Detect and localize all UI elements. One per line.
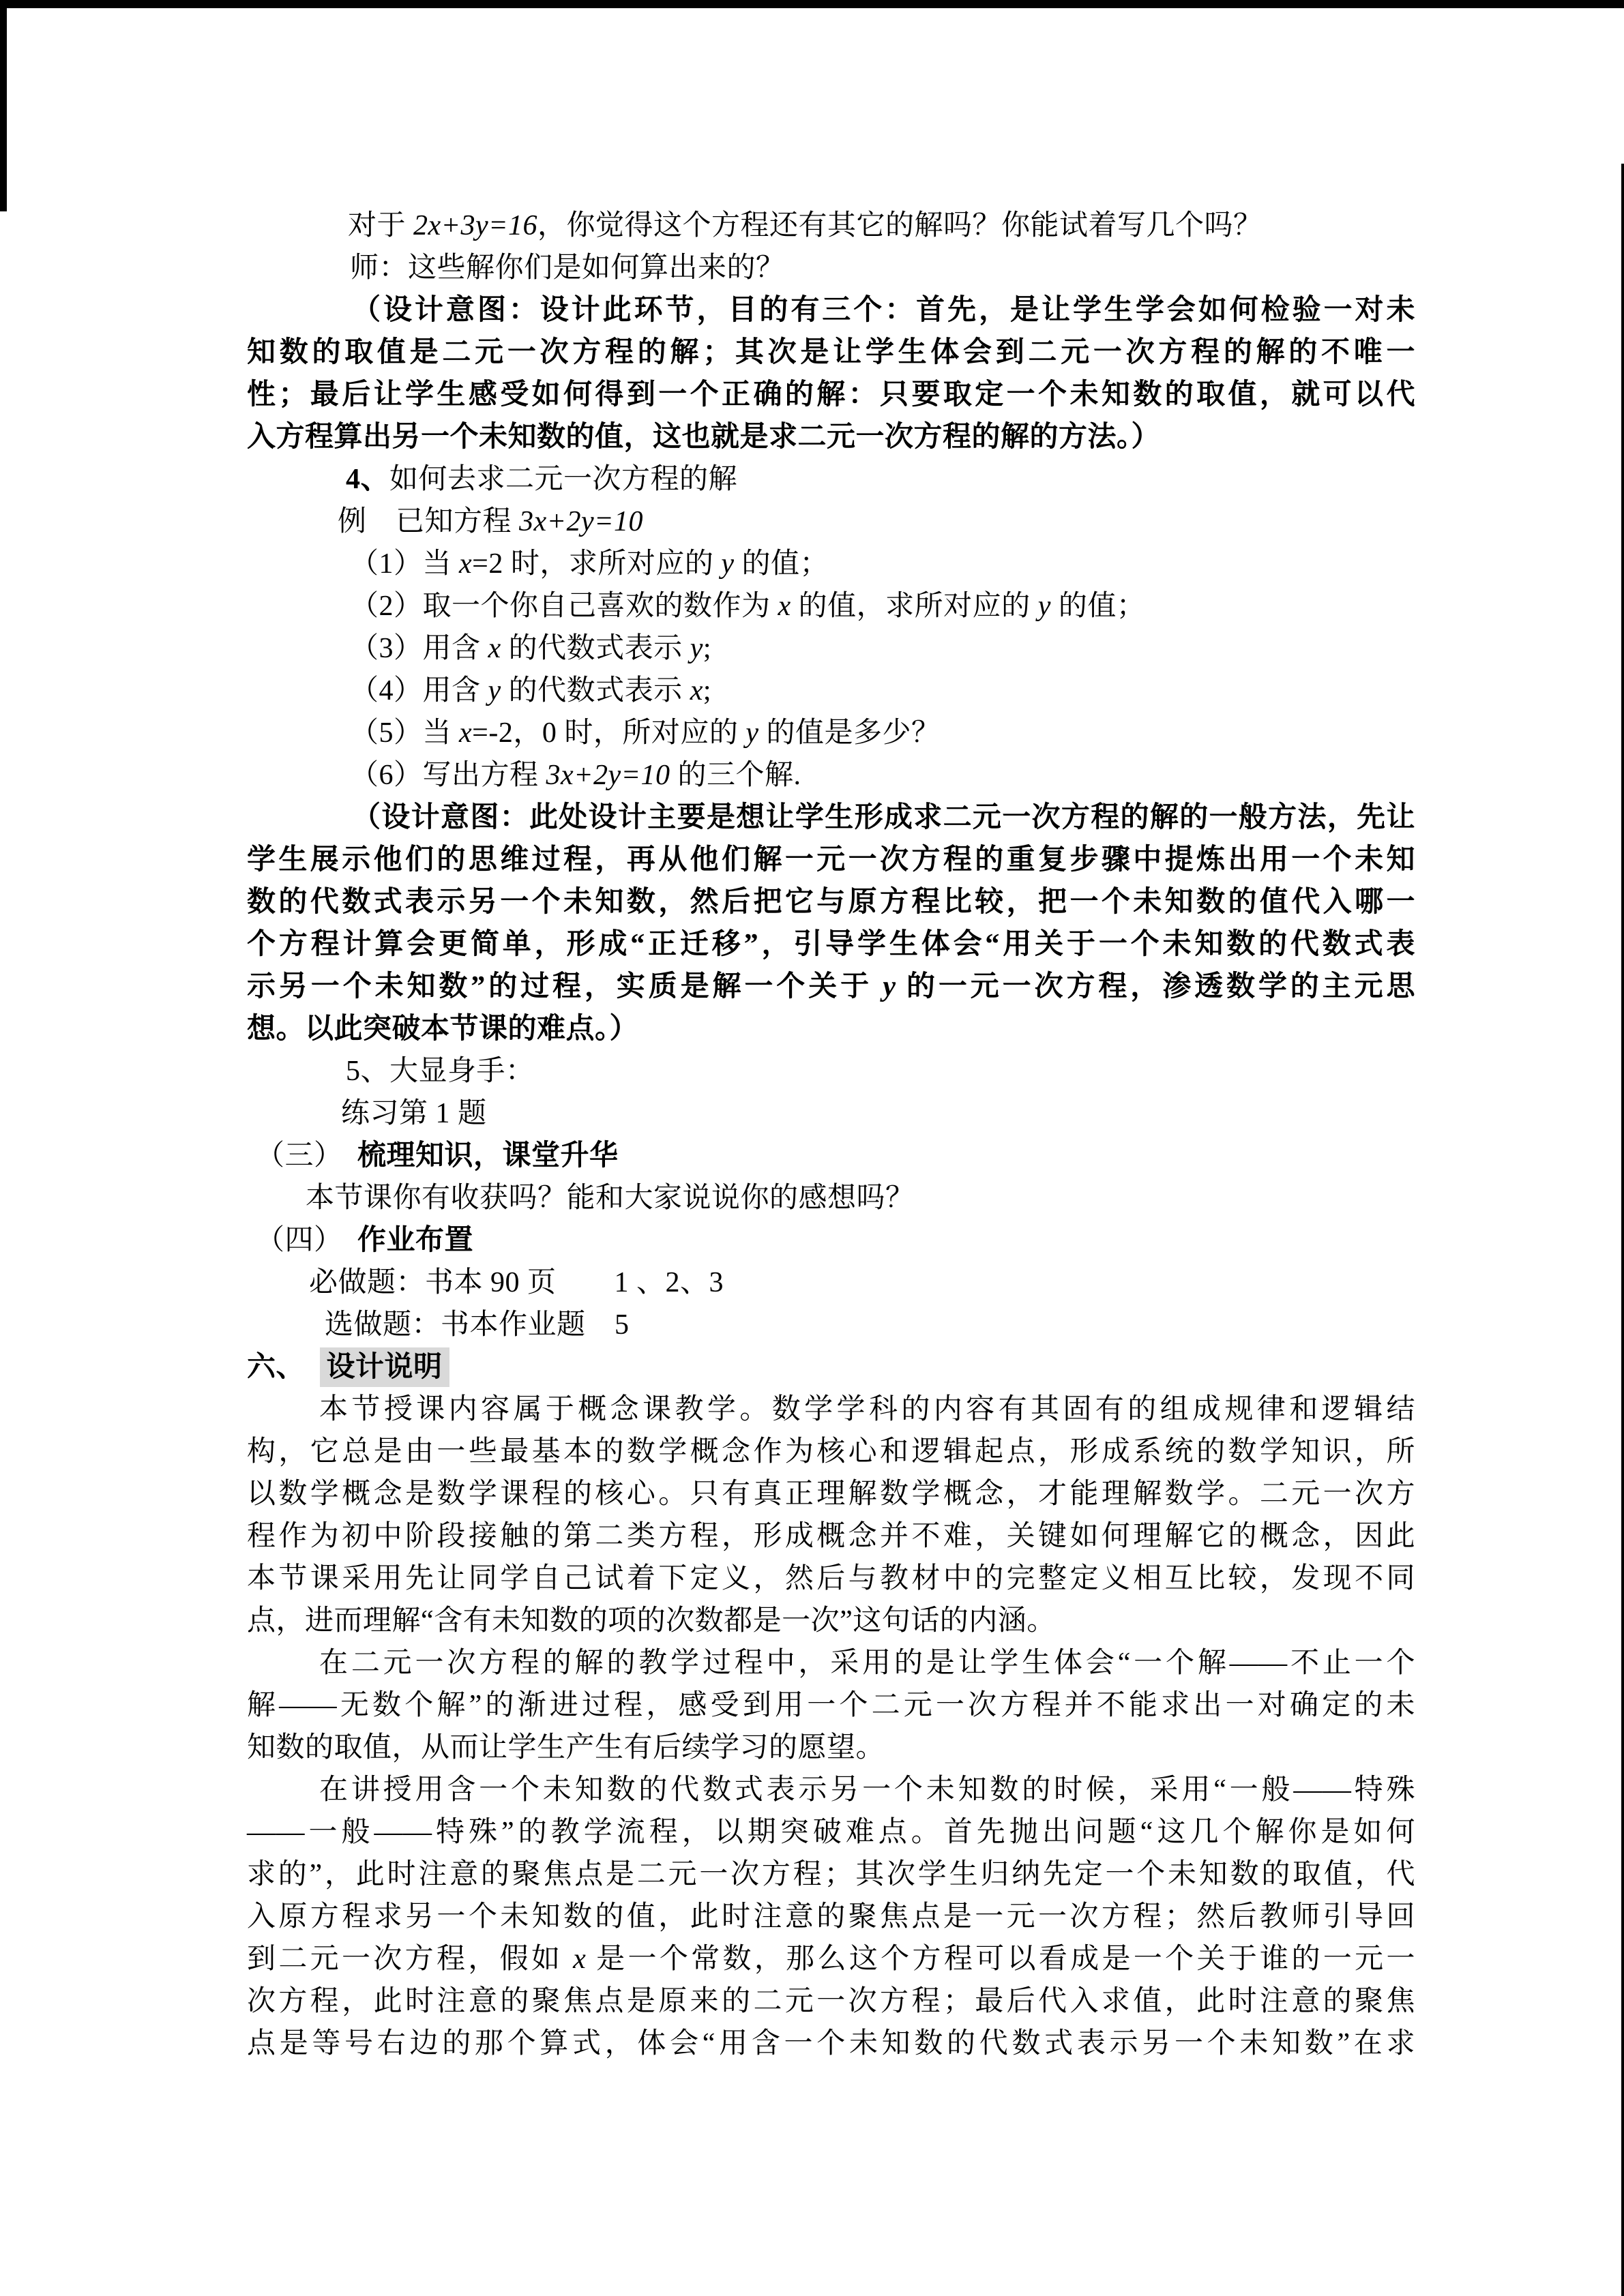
text-line: （设计意图：此处设计主要是想让学生形成求二元一次方程的解的一般方法，先让 (352, 796, 1415, 839)
text-segment: 数的代数式表示另一个未知数，然后把它与原方程比较，把一个未知数的值代入哪一 (247, 886, 1415, 918)
text-line: 必做题：书本 90 页 1 、2、3 (309, 1262, 1415, 1304)
text-segment: 的值； (1051, 591, 1146, 622)
text-line: 本节课你有收获吗？能和大家说说你的感想吗？ (306, 1177, 1415, 1219)
math-text: 3x+2y=10 (546, 760, 670, 791)
text-content: 对于 2x+3y=16，你觉得这个方程还有其它的解吗？你能试着写几个吗？师：这些… (247, 205, 1415, 2065)
text-segment: =-2，0 时，所对应的 (472, 717, 745, 749)
scan-edge-left (0, 0, 7, 211)
math-text: y (1038, 591, 1051, 622)
text-line: 想。以此突破本节课的难点。） (247, 1008, 1415, 1050)
text-segment: 六、 (247, 1352, 291, 1383)
text-line: 学生展示他们的思维过程，再从他们解一元一次方程的重复步骤中提炼出用一个未知 (247, 839, 1415, 881)
text-segment: 本节授课内容属于概念课教学。数学学科的内容有其固有的组成规律和逻辑结 (319, 1394, 1415, 1425)
text-line: 知数的取值是二元一次方程的解；其次是让学生体会到二元一次方程的解的不唯一 (247, 331, 1415, 374)
text-segment: （1）当 (350, 548, 459, 580)
text-line: 对于 2x+3y=16，你觉得这个方程还有其它的解吗？你能试着写几个吗？ (348, 205, 1415, 247)
text-segment: 梳理知识，课堂升华 (357, 1140, 619, 1172)
text-line: （1）当 x=2 时，求所对应的 y 的值； (350, 543, 1415, 585)
text-segment: 的代数式表示 (501, 675, 690, 706)
text-segment: 选做题：书本作业题 5 (325, 1309, 630, 1341)
text-segment: 性；最后让学生感受如何得到一个正确的解：只要取定一个未知数的取值，就可以代 (247, 379, 1415, 411)
text-line: （2）取一个你自己喜欢的数作为 x 的值，求所对应的 y 的值； (350, 585, 1415, 627)
text-segment: 求的”，此时注意的聚焦点是二元一次方程；其次学生归纳先定一个未知数的取值，代 (247, 1859, 1415, 1890)
text-segment: 练习第 1 题 (341, 1098, 487, 1129)
text-segment: 入原方程求另一个未知数的值，此时注意的聚焦点是一元一次方程；然后教师引导回 (247, 1901, 1415, 1933)
math-text: x (690, 675, 703, 706)
text-segment: 个方程计算会更简单，形成“正迁移”，引导学生体会“用关于一个未知数的代数式表 (247, 929, 1415, 960)
text-segment: 解——无数个解”的渐进过程，感受到用一个二元一次方程并不能求出一对确定的未 (247, 1690, 1415, 1721)
text-segment: 的三个解. (670, 760, 801, 791)
text-segment (329, 1225, 358, 1256)
text-line: 性；最后让学生感受如何得到一个正确的解：只要取定一个未知数的取值，就可以代 (247, 374, 1415, 416)
math-text: 3x+2y=10 (519, 506, 643, 537)
text-segment: 师：这些解你们是如何算出来的？ (350, 252, 785, 284)
text-segment: 在讲授用含一个未知数的代数式表示另一个未知数的时候，采用“一般——特殊 (319, 1774, 1415, 1806)
text-segment: 的值，求所对应的 (791, 591, 1038, 622)
text-line: 选做题：书本作业题 5 (325, 1304, 1415, 1346)
math-text: x (459, 548, 472, 580)
highlighted-text: 设计说明 (320, 1347, 449, 1387)
text-line: 入方程算出另一个未知数的值，这也就是求二元一次方程的解的方法。） (247, 416, 1415, 458)
text-line: 5、大显身手： (346, 1050, 1415, 1092)
text-segment: 知数的取值，从而让学生产生有后续学习的愿望。 (247, 1732, 885, 1763)
text-line: 点，进而理解“含有未知数的项的次数都是一次”这句话的内涵。 (247, 1600, 1415, 1642)
text-segment: 次方程，此时注意的聚焦点是原来的二元一次方程；最后代入求值，此时注意的聚焦 (247, 1986, 1415, 2017)
text-line: 求的”，此时注意的聚焦点是二元一次方程；其次学生归纳先定一个未知数的取值，代 (247, 1853, 1415, 1896)
text-segment: 的代数式表示 (501, 633, 690, 664)
text-segment (291, 1352, 320, 1383)
text-line: 构，它总是由一些最基本的数学概念作为核心和逻辑起点，形成系统的数学知识，所 (247, 1431, 1415, 1473)
text-segment (329, 1140, 358, 1172)
math-text: y (488, 675, 501, 706)
text-line: 点是等号右边的那个算式，体会“用含一个未知数的代数式表示另一个未知数”在求 (247, 2023, 1415, 2065)
text-segment: 点是等号右边的那个算式，体会“用含一个未知数的代数式表示另一个未知数”在求 (247, 2028, 1415, 2059)
text-segment: 在二元一次方程的解的教学过程中，采用的是让学生体会“一个解——不止一个 (319, 1648, 1415, 1679)
text-segment: 本节课你有收获吗？能和大家说说你的感想吗？ (306, 1182, 915, 1214)
math-text: x (778, 591, 791, 622)
text-segment: 对于 (348, 210, 413, 241)
text-line: 次方程，此时注意的聚焦点是原来的二元一次方程；最后代入求值，此时注意的聚焦 (247, 1980, 1415, 2023)
text-segment: 5、大显身手： (346, 1056, 535, 1087)
text-line: （设计意图：设计此环节，目的有三个：首先，是让学生学会如何检验一对未 (352, 289, 1415, 331)
text-segment: 入方程算出另一个未知数的值，这也就是求二元一次方程的解的方法。） (247, 421, 1160, 453)
text-line: 在二元一次方程的解的教学过程中，采用的是让学生体会“一个解——不止一个 (319, 1642, 1415, 1684)
text-segment: 到二元一次方程，假如 (247, 1943, 573, 1975)
text-segment: （设计意图：设计此环节，目的有三个：首先，是让学生学会如何检验一对未 (352, 295, 1415, 326)
text-line: 以数学概念是数学课程的核心。只有真正理解数学概念，才能理解数学。二元一次方 (247, 1473, 1415, 1515)
text-segment: 必做题：书本 90 页 1 、2、3 (309, 1267, 724, 1298)
text-segment: 本节课采用先让同学自己试着下定义，然后与教材中的完整定义相互比较，发现不同 (247, 1563, 1415, 1594)
text-line: （4）用含 y 的代数式表示 x; (350, 670, 1415, 712)
text-segment: 点，进而理解“含有未知数的项的次数都是一次”这句话的内涵。 (247, 1605, 1056, 1637)
math-text: y (883, 971, 896, 1002)
text-segment: （设计意图：此处设计主要是想让学生形成求二元一次方程的解的一般方法，先让 (352, 802, 1415, 833)
text-segment: （4）用含 (350, 675, 488, 706)
text-line: 例 已知方程 3x+2y=10 (338, 501, 1415, 543)
text-line: 知数的取值，从而让学生产生有后续学习的愿望。 (247, 1727, 1415, 1769)
text-segment: ; (703, 633, 711, 664)
text-line: 个方程计算会更简单，形成“正迁移”，引导学生体会“用关于一个未知数的代数式表 (247, 923, 1415, 966)
text-segment: ——一般——特殊”的教学流程，以期突破难点。首先抛出问题“这几个解你是如何 (247, 1817, 1415, 1848)
text-segment: （5）当 (350, 717, 459, 749)
text-line: 师：这些解你们是如何算出来的？ (350, 247, 1415, 289)
text-line: ——一般——特殊”的教学流程，以期突破难点。首先抛出问题“这几个解你是如何 (247, 1811, 1415, 1853)
text-line: （6）写出方程 3x+2y=10 的三个解. (350, 754, 1415, 796)
text-segment: 以数学概念是数学课程的核心。只有真正理解数学概念，才能理解数学。二元一次方 (247, 1478, 1415, 1510)
text-line: 4、如何去求二元一次方程的解 (346, 458, 1415, 501)
text-line: 示另一个未知数”的过程，实质是解一个关于 y 的一元一次方程，渗透数学的主元思 (247, 966, 1415, 1008)
text-line: 解——无数个解”的渐进过程，感受到用一个二元一次方程并不能求出一对确定的未 (247, 1684, 1415, 1727)
text-line: 本节课采用先让同学自己试着下定义，然后与教材中的完整定义相互比较，发现不同 (247, 1557, 1415, 1600)
text-line: （三） 梳理知识，课堂升华 (256, 1135, 1415, 1177)
text-line: （四） 作业布置 (256, 1219, 1415, 1262)
math-text: 2x+3y=16 (413, 210, 537, 241)
text-segment: 的值； (735, 548, 829, 580)
text-segment: 学生展示他们的思维过程，再从他们解一元一次方程的重复步骤中提炼出用一个未知 (247, 844, 1415, 876)
math-text: x (488, 633, 501, 664)
math-text: y (721, 548, 734, 580)
text-segment: 4、 (346, 464, 389, 495)
text-line: 程作为初中阶段接触的第二类方程，形成概念并不难，关键如何理解它的概念，因此 (247, 1515, 1415, 1557)
text-segment: 作业布置 (357, 1225, 473, 1256)
text-line: （5）当 x=-2，0 时，所对应的 y 的值是多少？ (350, 712, 1415, 754)
text-segment: 如何去求二元一次方程的解 (389, 464, 737, 495)
math-text: y (690, 633, 703, 664)
text-line: 练习第 1 题 (341, 1092, 1415, 1135)
text-segment: 程作为初中阶段接触的第二类方程，形成概念并不难，关键如何理解它的概念，因此 (247, 1521, 1415, 1552)
text-line: 到二元一次方程，假如 x 是一个常数，那么这个方程可以看成是一个关于谁的一元一 (247, 1938, 1415, 1980)
text-segment: 是一个常数，那么这个方程可以看成是一个关于谁的一元一 (586, 1943, 1415, 1975)
text-segment: 的值是多少？ (759, 717, 941, 749)
text-line: （3）用含 x 的代数式表示 y; (350, 627, 1415, 670)
text-segment: （四） (256, 1225, 329, 1256)
text-segment: （三） (256, 1140, 329, 1172)
text-line: 六、 设计说明 (247, 1346, 1415, 1388)
text-segment: （2）取一个你自己喜欢的数作为 (350, 591, 778, 622)
scan-edge-top (0, 0, 1624, 8)
scan-edge-right (1621, 164, 1624, 2296)
math-text: x (459, 717, 472, 749)
text-line: 本节授课内容属于概念课教学。数学学科的内容有其固有的组成规律和逻辑结 (319, 1388, 1415, 1431)
math-text: x (573, 1943, 586, 1975)
text-segment: 想。以此突破本节课的难点。） (247, 1013, 638, 1045)
document-page: { "colors": { "text": "#000000", "page_b… (0, 0, 1624, 2296)
text-segment: =2 时，求所对应的 (472, 548, 721, 580)
text-segment: ，你觉得这个方程还有其它的解吗？你能试着写几个吗？ (537, 210, 1263, 241)
text-segment: （3）用含 (350, 633, 488, 664)
text-line: 在讲授用含一个未知数的代数式表示另一个未知数的时候，采用“一般——特殊 (319, 1769, 1415, 1811)
text-segment: 知数的取值是二元一次方程的解；其次是让学生体会到二元一次方程的解的不唯一 (247, 337, 1415, 368)
text-segment: 示另一个未知数”的过程，实质是解一个关于 (247, 971, 883, 1002)
text-line: 入原方程求另一个未知数的值，此时注意的聚焦点是一元一次方程；然后教师引导回 (247, 1896, 1415, 1938)
math-text: y (745, 717, 758, 749)
text-segment: （6）写出方程 (350, 760, 546, 791)
text-line: 数的代数式表示另一个未知数，然后把它与原方程比较，把一个未知数的值代入哪一 (247, 881, 1415, 923)
text-segment: 构，它总是由一些最基本的数学概念作为核心和逻辑起点，形成系统的数学知识，所 (247, 1436, 1415, 1467)
text-segment: ; (703, 675, 711, 706)
text-segment: 的一元一次方程，渗透数学的主元思 (896, 971, 1415, 1002)
text-segment: 例 已知方程 (338, 506, 519, 537)
